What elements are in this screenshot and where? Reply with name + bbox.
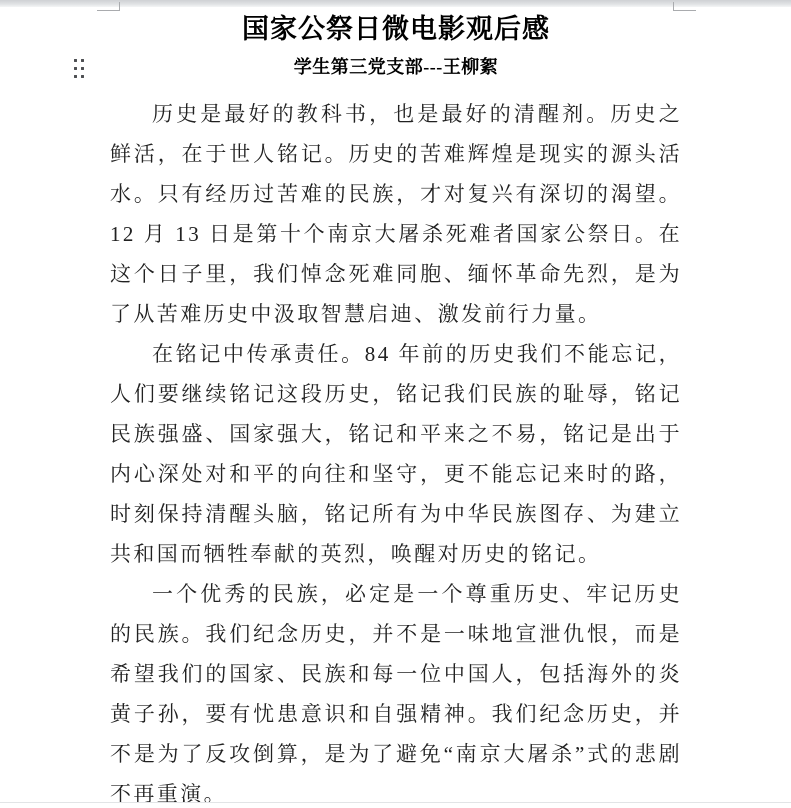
drag-handle-icon[interactable]	[74, 59, 84, 78]
document-title[interactable]: 国家公祭日微电影观后感	[110, 12, 682, 46]
body-paragraph[interactable]: 在铭记中传承责任。84 年前的历史我们不能忘记，人们要继续铭记这段历史，铭记我们…	[110, 334, 682, 574]
page-bottom-boundary	[0, 802, 791, 803]
body-paragraph[interactable]: 历史是最好的教科书，也是最好的清醒剂。历史之鲜活，在于世人铭记。历史的苦难辉煌是…	[110, 94, 682, 334]
body-paragraph[interactable]: 一个优秀的民族，必定是一个尊重历史、牢记历史的民族。我们纪念历史，并不是一味地宣…	[110, 574, 682, 808]
document-subtitle[interactable]: 学生第三党支部---王柳絮	[110, 54, 682, 80]
document-page: 国家公祭日微电影观后感 学生第三党支部---王柳絮 历史是最好的教科书，也是最好…	[0, 0, 791, 808]
document-body: 历史是最好的教科书，也是最好的清醒剂。历史之鲜活，在于世人铭记。历史的苦难辉煌是…	[110, 94, 682, 808]
document-content: 国家公祭日微电影观后感 学生第三党支部---王柳絮 历史是最好的教科书，也是最好…	[110, 0, 682, 808]
